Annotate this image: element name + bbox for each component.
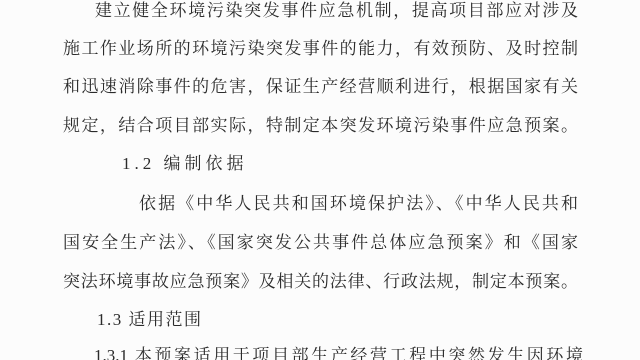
section-1-1-paragraph-line-2: 施工作业场所的环境污染突发事件的能力，有效预防、及时控制: [63, 39, 578, 58]
section-1-2-paragraph-line-2: 国安全生产法》、《国家突发公共事件总体应急预案》和《国家: [63, 233, 578, 252]
section-1-2-paragraph-line-3: 突法环境事故应急预案》及相关的法律、行政法规，制定本预案。: [63, 272, 578, 291]
section-1-1-paragraph-line-4: 规定，结合项目部实际，特制定本突发环境污染事件应急预案。: [63, 116, 578, 135]
section-1-3-paragraph-line-1-clipped: 1.3.1 本预案适用于项目部生产经营工程中突然发生因环境: [63, 346, 583, 360]
section-heading-1-3: 1.3 适用范围: [97, 310, 203, 329]
document-page: 建立健全环境污染突发事件应急机制，提高项目部应对涉及 施工作业场所的环境污染突发…: [0, 0, 640, 360]
section-1-1-paragraph-line-1: 建立健全环境污染突发事件应急机制，提高项目部应对涉及: [63, 1, 578, 20]
section-1-1-paragraph-line-3: 和迅速消除事件的危害，保证生产经营顺利进行，根据国家有关: [63, 77, 578, 96]
section-1-2-paragraph-line-1: 依据《中华人民共和国环境保护法》、《中华人民共和: [63, 194, 578, 213]
section-heading-1-2: 1.2 编制依据: [122, 154, 248, 173]
